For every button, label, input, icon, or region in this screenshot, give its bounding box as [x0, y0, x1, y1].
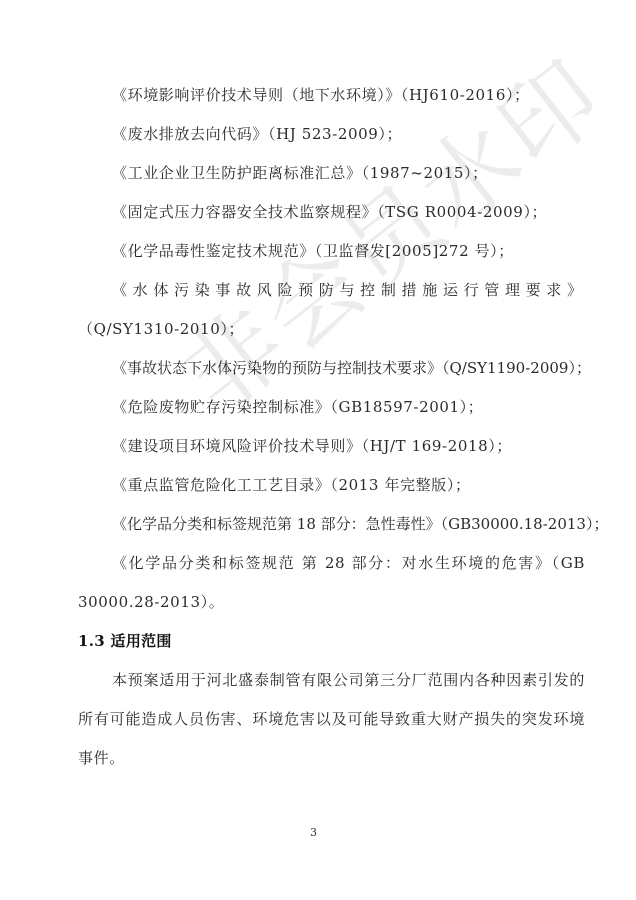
reference-item: 《化学品分类和标签规范第 18 部分：急性毒性》（GB30000.18-2013…	[112, 514, 585, 534]
reference-item: 《化学品毒性鉴定技术规范》（卫监督发[2005]272 号）；	[112, 241, 585, 261]
reference-item: 《建设项目环境风险评价技术导则》（HJ/T 169-2018）；	[112, 436, 585, 456]
reference-item: 《工业企业卫生防护距离标准汇总》（1987~2015）；	[112, 163, 585, 183]
document-page: 非会员水印 《环境影响评价技术导则（地下水环境）》（HJ610-2016）； 《…	[0, 0, 636, 900]
reference-item: 《废水排放去向代码》（HJ 523-2009）；	[112, 124, 585, 144]
reference-item-continued: 30000.28-2013）。	[78, 592, 585, 612]
reference-item: 《危险废物贮存污染控制标准》（GB18597-2001）；	[112, 397, 585, 417]
reference-item-continued: （Q/SY1310-2010）；	[78, 319, 585, 339]
reference-item: 《水体污染事故风险预防与控制措施运行管理要求》	[112, 280, 585, 300]
paragraph-line: 本预案适用于河北盛泰制管有限公司第三分厂范围内各种因素引发的	[112, 670, 585, 690]
section-heading-1-3: 1.3 适用范围	[78, 631, 585, 651]
reference-item: 《化学品分类和标签规范 第 28 部分：对水生环境的危害》（GB	[112, 553, 585, 573]
reference-item: 《环境影响评价技术导则（地下水环境）》（HJ610-2016）；	[112, 85, 585, 105]
page-number: 3	[310, 826, 317, 839]
reference-item: 《固定式压力容器安全技术监察规程》（TSG R0004-2009）；	[112, 202, 585, 222]
reference-item: 《事故状态下水体污染物的预防与控制技术要求》（Q/SY1190-2009）；	[112, 358, 585, 378]
reference-item: 《重点监管危险化工工艺目录》（2013 年完整版）；	[112, 475, 585, 495]
paragraph-line: 所有可能造成人员伤害、环境危害以及可能导致重大财产损失的突发环境	[78, 709, 585, 729]
paragraph-line: 事件。	[78, 748, 585, 768]
